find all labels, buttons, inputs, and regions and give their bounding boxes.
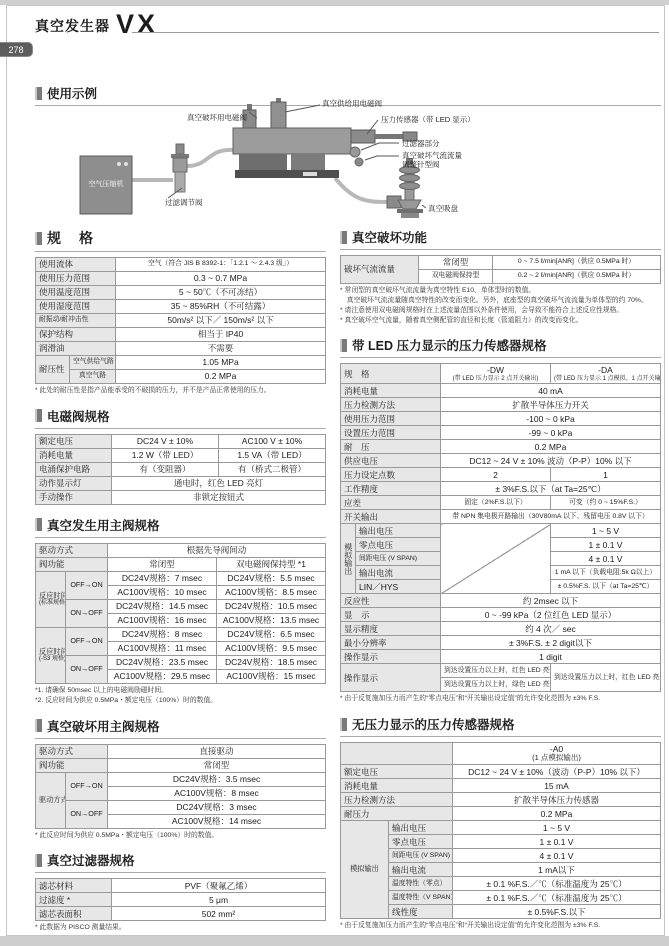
table-cell: 应差 (341, 496, 441, 510)
table-cell: 压力设定点数 (341, 468, 441, 482)
spec-footnote: * 此处的耐压性是指产品能承受的不破损的压力，并不是产品正常使用的压力。 (35, 386, 326, 396)
table-cell: 线性度 (389, 905, 453, 919)
table-cell: 15 mA (453, 779, 661, 793)
section-a0-sensor: 无压力显示的压力传感器规格 -A0(1 点模拟输出)额定电压DC12 ~ 24 … (340, 715, 661, 931)
table-cell: 操作显示 (341, 650, 441, 664)
table-cell: 5 ~ 50℃（不可冻结） (116, 286, 326, 300)
footnote-line: * 请注意使用双电磁阀规格时在上述流量范围以外条件使用，会导致不能符合上述反应性… (340, 306, 661, 316)
table-cell: 阀功能 (36, 758, 108, 772)
table-cell: -DA(带 LED 压力显示 1 点模拟、1 点开关输出) (551, 364, 661, 384)
page-number-badge: 278 (0, 42, 33, 57)
table-cell: 过滤度 * (36, 893, 112, 907)
section-break-func: 真空破坏功能 破坏气流流量常闭型0 ~ 7.5 ℓ/min[ANR]（供应 0.… (340, 228, 661, 325)
table-cell: 0 ~ -99 kPa（2 位红色 LED 显示） (441, 608, 661, 622)
table-cell: 额定电压 (341, 765, 453, 779)
section-mark (340, 339, 347, 352)
filter-section-title: 真空过滤器规格 (47, 851, 135, 869)
table-cell: 动作显示灯 (36, 476, 112, 490)
table-cell: AC100V规格：9.5 msec (217, 641, 326, 655)
section-mark (35, 232, 42, 245)
section-break-valve: 真空破坏用主阀规格 驱动方式直接驱动阀功能常闭型驱动方式OFF→ONDC24V规… (35, 717, 326, 841)
table-cell: 到达设置压力以上时，红色 LED 亮灯 (441, 664, 551, 678)
table-cell: 电涌保护电路 (36, 462, 112, 476)
table-cell: -99 ~ 0 kPa (441, 426, 661, 440)
table-cell: DC24V规格：23.5 msec (108, 655, 217, 669)
section-filter: 真空过滤器规格 滤芯材料PVF（聚氟乙烯）过滤度 *5 μm滤芯表面积502 m… (35, 851, 326, 933)
table-cell: ON→OFF (66, 800, 108, 828)
label-compressor: 空气压缩机 (81, 180, 131, 189)
table-cell: OFF→ON (66, 772, 108, 800)
table-cell: 消耗电量 (341, 384, 441, 398)
table-cell: ON→OFF (66, 655, 108, 683)
table-cell: 模拟输出 (341, 524, 356, 594)
table-cell: 0.2 MPa (441, 440, 661, 454)
table-cell: 到达设置压力以上时，红色 LED 亮灯 (551, 664, 661, 692)
table-cell: AC100V规格：8.5 msec (217, 585, 326, 599)
table-cell: 1 digit (441, 650, 661, 664)
table-cell: 耐 压 (341, 440, 441, 454)
table-cell: 压力检测方法 (341, 793, 453, 807)
table-cell: ± 0.1 %F.S.／℃（标准温度为 25℃） (453, 877, 661, 891)
table-cell: 压力检测方法 (341, 398, 441, 412)
table-cell: 破坏气流流量 (341, 256, 419, 284)
section-mark (35, 854, 42, 867)
table-cell: AC100V规格：13.5 msec (217, 613, 326, 627)
gen-valve-section-title: 真空发生用主阀规格 (47, 516, 160, 534)
table-cell: 常闭型 (108, 557, 217, 571)
catalog-page: { "page": {"number": "278", "title": "真空… (0, 0, 669, 946)
footnote-line: * 常闭型的真空破坏气流流量为真空特性 E10、单体型时的数值。 (340, 286, 661, 296)
table-cell: 1.2 W（带 LED） (112, 448, 219, 462)
table-cell: 4 ± 0.1 V (453, 849, 661, 863)
table-cell: 模拟输出 (341, 821, 389, 919)
table-cell: AC100 V ± 10% (219, 434, 326, 448)
table-cell: ± 3%F.S.以下（at Ta=25℃） (441, 482, 661, 496)
a0-sensor-footnote: * 由于反复施加压力而产生的“零点电压”和“开关输出设定值”的允许变化范围为 ±… (340, 921, 661, 931)
table-cell: -100 ~ 0 kPa (441, 412, 661, 426)
table-cell: 到达设置压力以上时，绿色 LED 亮灯 (441, 678, 551, 692)
table-cell: 驱动方式 (36, 744, 108, 758)
table-cell: 润滑油 (36, 342, 116, 356)
table-cell: 零点电压 (356, 538, 441, 552)
break-valve-section-title: 真空破坏用主阀规格 (47, 717, 160, 735)
table-cell: ± 0.5%F.S. 以下（at Ta=25℃） (551, 580, 661, 594)
table-cell: 1 ~ 5 V (453, 821, 661, 835)
table-cell: 0.2 MPa (453, 807, 661, 821)
table-cell: OFF→ON (66, 627, 108, 655)
a0-sensor-section-title: 无压力显示的压力传感器规格 (352, 715, 515, 733)
table-cell: 非锁定按钮式 (112, 490, 326, 504)
table-cell: 使用温度范围 (36, 286, 116, 300)
solenoid-section-title: 电磁阀规格 (47, 407, 110, 425)
table-cell: 间距电压 (V SPAN) (389, 849, 453, 863)
table-cell: AC100V规格：8 msec (108, 786, 326, 800)
table-cell: 手动操作 (36, 490, 112, 504)
section-mark (340, 718, 347, 731)
table-cell: 耐压力 (341, 807, 453, 821)
table-cell: DC24V规格：5.5 msec (217, 571, 326, 585)
table-cell: 扩散半导体压力传感器 (453, 793, 661, 807)
table-cell: AC100V规格：10 msec (108, 585, 217, 599)
led-sensor-table: 规 格-DW(带 LED 压力显示 2 点开关输出)-DA(带 LED 压力显示… (340, 363, 661, 692)
table-cell: 扩散半导体压力开关 (441, 398, 661, 412)
table-cell: 0.2 MPa (116, 370, 326, 384)
table-cell: 1 (551, 468, 661, 482)
page-title: 真空发生器 (35, 16, 110, 36)
table-cell: 阀功能 (36, 557, 108, 571)
gen-valve-footnotes: *1. 请确保 50msec 以上的电磁阀励磁时间。 *2. 反应时间为供应 0… (35, 686, 326, 706)
table-cell: 输出电流 (389, 863, 453, 877)
table-cell: AC100V规格：11 msec (108, 641, 217, 655)
label-vacuum-pad: 真空吸盘 (428, 204, 458, 214)
table-cell: 驱动方式 (36, 543, 108, 557)
table-cell: 2 (441, 468, 551, 482)
table-cell: 直接驱动 (108, 744, 326, 758)
footnote-line: 真空破坏气流流量随真空特性的改变而变化。另外，底座型的真空破坏气流流量为单体型的… (340, 296, 661, 306)
table-cell: 带 NPN 集电极开路输出（30V80mA 以下、残留电压 0.8V 以下） (441, 510, 661, 524)
table-cell: 可变（约 0 ~ 15%F.S.） (551, 496, 661, 510)
table-cell: 显示精度 (341, 622, 441, 636)
table-cell: 固定（2%F.S.以下） (441, 496, 551, 510)
table-cell: DC24V规格：3 msec (108, 800, 326, 814)
table-cell: 规 格 (341, 364, 441, 384)
table-cell: 零点电压 (389, 835, 453, 849)
break-func-section-title: 真空破坏功能 (352, 228, 427, 246)
break-valve-table: 驱动方式直接驱动阀功能常闭型驱动方式OFF→ONDC24V规格：3.5 msec… (35, 744, 326, 829)
table-cell (441, 524, 551, 594)
table-cell: 双电磁阀保持型 *1 (217, 557, 326, 571)
led-sensor-section-title: 带 LED 压力显示的压力传感器规格 (352, 336, 546, 354)
table-cell: 50m/s² 以下／ 150m/s² 以下 (116, 314, 326, 328)
spec-section-title: 规 格 (47, 228, 95, 248)
ejector-unit-illustration (233, 98, 417, 178)
section-mark (35, 719, 42, 732)
led-sensor-footnote: * 由于反复施加压力而产生的“零点电压”和“开关输出设定值”的允许变化范围为 ±… (340, 694, 661, 704)
usage-diagram: 真空供给用电磁阀 真空破坏用电磁阀 压力传感器（带 LED 显示） 过滤器部分 … (35, 98, 661, 228)
table-cell: 操作显示 (341, 664, 441, 692)
table-cell: 滤芯材料 (36, 879, 112, 893)
table-cell: 使用压力范围 (36, 272, 116, 286)
table-cell: DC24V规格：10.5 msec (217, 599, 326, 613)
table-cell: DC24V规格：7 msec (108, 571, 217, 585)
table-cell: 空气（符合 JIS B 8392-1：「1.2.1 ～ 2.4.3 级」） (116, 258, 326, 272)
table-cell: PVF（聚氟乙烯） (112, 879, 326, 893)
table-cell: ± 0.5%F.S.以下 (453, 905, 661, 919)
table-cell: 真空气路 (70, 370, 116, 384)
table-cell: DC12 ~ 24 V ± 10%（波动（P-P）10% 以下） (453, 765, 661, 779)
table-cell: 消耗电量 (36, 448, 112, 462)
table-cell: 输出电压 (389, 821, 453, 835)
label-needle-valve-2: 调整针型阀 (402, 160, 440, 170)
table-cell: 35 ~ 85%RH（不可结露） (116, 300, 326, 314)
table-cell: 1.05 MPa (116, 356, 326, 370)
table-cell: DC24V规格：6.5 msec (217, 627, 326, 641)
table-cell: 开关输出 (341, 510, 441, 524)
label-break-valve: 真空破坏用电磁阀 (187, 113, 247, 123)
solenoid-table: 额定电压DC24 V ± 10%AC100 V ± 10%消耗电量1.2 W（带… (35, 434, 326, 505)
table-cell: 有（变阻器） (112, 462, 219, 476)
label-pressure-sensor: 压力传感器（带 LED 显示） (381, 115, 475, 125)
footnote-line: *1. 请确保 50msec 以上的电磁阀励磁时间。 (35, 686, 326, 696)
table-cell: 使用压力范围 (341, 412, 441, 426)
table-cell: 1.5 VA（带 LED） (219, 448, 326, 462)
section-led-sensor: 带 LED 压力显示的压力传感器规格 规 格-DW(带 LED 压力显示 2 点… (340, 336, 661, 704)
table-cell: 温度特性（V SPAN） (389, 891, 453, 905)
table-cell: 0 ~ 7.5 ℓ/min[ANR]（供应 0.5MPa 时） (493, 256, 661, 270)
table-cell: 根据先导阀间动 (108, 543, 326, 557)
table-cell: 不需要 (116, 342, 326, 356)
table-cell: 1 mA以下 (453, 863, 661, 877)
section-mark (35, 409, 42, 422)
table-cell: -A0(1 点模拟输出) (453, 743, 661, 765)
filter-footnote: * 此数据为 PISCO 测量结果。 (35, 923, 326, 933)
table-cell: 40 mA (441, 384, 661, 398)
table-cell: 消耗电量 (341, 779, 453, 793)
filter-table: 滤芯材料PVF（聚氟乙烯）过滤度 *5 μm滤芯表面积502 mm² (35, 878, 326, 921)
table-cell: 驱动方式 (36, 772, 66, 828)
table-cell: 约 2msec 以下 (441, 594, 661, 608)
table-cell: 工作精度 (341, 482, 441, 496)
table-cell: DC24V规格：14.5 msec (108, 599, 217, 613)
table-cell: 1 ± 0.1 V (453, 835, 661, 849)
table-cell: 滤芯表面积 (36, 907, 112, 921)
table-cell: 供应电压 (341, 454, 441, 468)
footnote-line: * 真空破坏空气流量，随着真空侧配管的直径和长度（管道阻力）的改变而变化。 (340, 316, 661, 326)
right-column: 真空破坏功能 破坏气流流量常闭型0 ~ 7.5 ℓ/min[ANR]（供应 0.… (340, 228, 661, 942)
table-cell: 约 4 次／ sec (441, 622, 661, 636)
break-func-table: 破坏气流流量常闭型0 ~ 7.5 ℓ/min[ANR]（供应 0.5MPa 时）… (340, 255, 661, 284)
break-valve-footnote: * 此反应时间为供应 0.5MPa・额定电压（100%）时的数值。 (35, 831, 326, 841)
table-cell: 反应时间(-S3 规格) (36, 627, 66, 683)
label-supply-valve: 真空供给用电磁阀 (322, 99, 382, 109)
table-cell: 空气供给气路 (70, 356, 116, 370)
gen-valve-table: 驱动方式根据先导阀间动阀功能常闭型双电磁阀保持型 *1反应时间(标准规格)OFF… (35, 543, 326, 684)
table-cell: AC100V规格：14 msec (108, 814, 326, 828)
section-mark (35, 518, 42, 531)
section-gen-valve: 真空发生用主阀规格 驱动方式根据先导阀间动阀功能常闭型双电磁阀保持型 *1反应时… (35, 516, 326, 706)
table-cell: AC100V规格：15 msec (217, 669, 326, 683)
table-cell: 通电时，红色 LED 亮灯 (112, 476, 326, 490)
table-cell: 保护结构 (36, 328, 116, 342)
table-cell: 反应时间(标准规格) (36, 571, 66, 627)
section-spec: 规 格 使用流体空气（符合 JIS B 8392-1：「1.2.1 ～ 2.4.… (35, 228, 326, 396)
table-cell: DC24V规格：3.5 msec (108, 772, 326, 786)
table-cell: 常闭型 (108, 758, 326, 772)
table-cell: 4 ± 0.1 V (551, 552, 661, 566)
table-cell: 0.2 ~ 2 ℓ/min[ANR]（供应 0.5MPa 时） (493, 270, 661, 284)
label-filter-part: 过滤器部分 (402, 139, 440, 149)
table-cell: ± 0.1 %F.S.／℃（标准温度为 25℃） (453, 891, 661, 905)
table-cell: ON→OFF (66, 599, 108, 627)
tube (335, 178, 387, 202)
table-cell: 相当于 IP40 (116, 328, 326, 342)
table-cell: AC100V规格：29.5 msec (108, 669, 217, 683)
usage-diagram-art (35, 98, 661, 228)
section-solenoid: 电磁阀规格 额定电压DC24 V ± 10%AC100 V ± 10%消耗电量1… (35, 407, 326, 505)
table-cell: 温度特性（零点） (389, 877, 453, 891)
filter-regulator-illustration (171, 144, 189, 192)
table-cell: DC12 ~ 24 V ± 10% 波动（P-P）10% 以下 (441, 454, 661, 468)
spec-table: 使用流体空气（符合 JIS B 8392-1：「1.2.1 ～ 2.4.3 级」… (35, 257, 326, 384)
table-cell: 输出电流 (356, 566, 441, 580)
label-filter-regulator: 过滤调节阀 (165, 198, 203, 208)
table-cell: 0.3 ~ 0.7 MPa (116, 272, 326, 286)
table-cell (341, 743, 453, 765)
table-cell: 间距电压 (V SPAN) (356, 552, 441, 566)
table-cell: -DW(带 LED 压力显示 2 点开关输出) (441, 364, 551, 384)
table-cell: ± 3%F.S. ± 2 digit以下 (441, 636, 661, 650)
table-cell: AC100V规格：16 msec (108, 613, 217, 627)
table-cell: OFF→ON (66, 571, 108, 599)
table-cell: 502 mm² (112, 907, 326, 921)
break-func-footnotes: * 常闭型的真空破坏气流流量为真空特性 E10、单体型时的数值。 真空破坏气流流… (340, 286, 661, 325)
table-cell: DC24V规格：8 msec (108, 627, 217, 641)
table-cell: 双电磁阀保持型 (419, 270, 493, 284)
table-cell: 输出电压 (356, 524, 441, 538)
table-cell: 最小分辨率 (341, 636, 441, 650)
table-cell: 有（桥式二极管） (219, 462, 326, 476)
table-cell: 设置压力范围 (341, 426, 441, 440)
a0-sensor-table: -A0(1 点模拟输出)额定电压DC12 ~ 24 V ± 10%（波动（P-P… (340, 742, 661, 919)
table-cell: 显 示 (341, 608, 441, 622)
scan-edge-top (0, 0, 669, 5)
table-cell: 1 ~ 5 V (551, 524, 661, 538)
table-cell: DC24V规格：18.5 msec (217, 655, 326, 669)
table-cell: 耐压性 (36, 356, 70, 384)
table-cell: 反应性 (341, 594, 441, 608)
tube (187, 150, 235, 166)
table-cell: 1 ± 0.1 V (551, 538, 661, 552)
left-column: 规 格 使用流体空气（符合 JIS B 8392-1：「1.2.1 ～ 2.4.… (35, 228, 326, 944)
table-cell: 耐振动/耐冲击性 (36, 314, 116, 328)
table-cell: LIN／HYS (356, 580, 441, 594)
footnote-line: *2. 反应时间为供应 0.5MPa・额定电压（100%）时的数值。 (35, 696, 326, 706)
section-mark (340, 231, 347, 244)
table-cell: 5 μm (112, 893, 326, 907)
table-cell: 使用流体 (36, 258, 116, 272)
table-cell: 使用湿度范围 (36, 300, 116, 314)
table-cell: 1 mA 以下（负载电阻:5k Ω以上） (551, 566, 661, 580)
header-rule (132, 32, 659, 33)
table-cell: DC24 V ± 10% (112, 434, 219, 448)
table-cell: 常闭型 (419, 256, 493, 270)
table-cell: 额定电压 (36, 434, 112, 448)
